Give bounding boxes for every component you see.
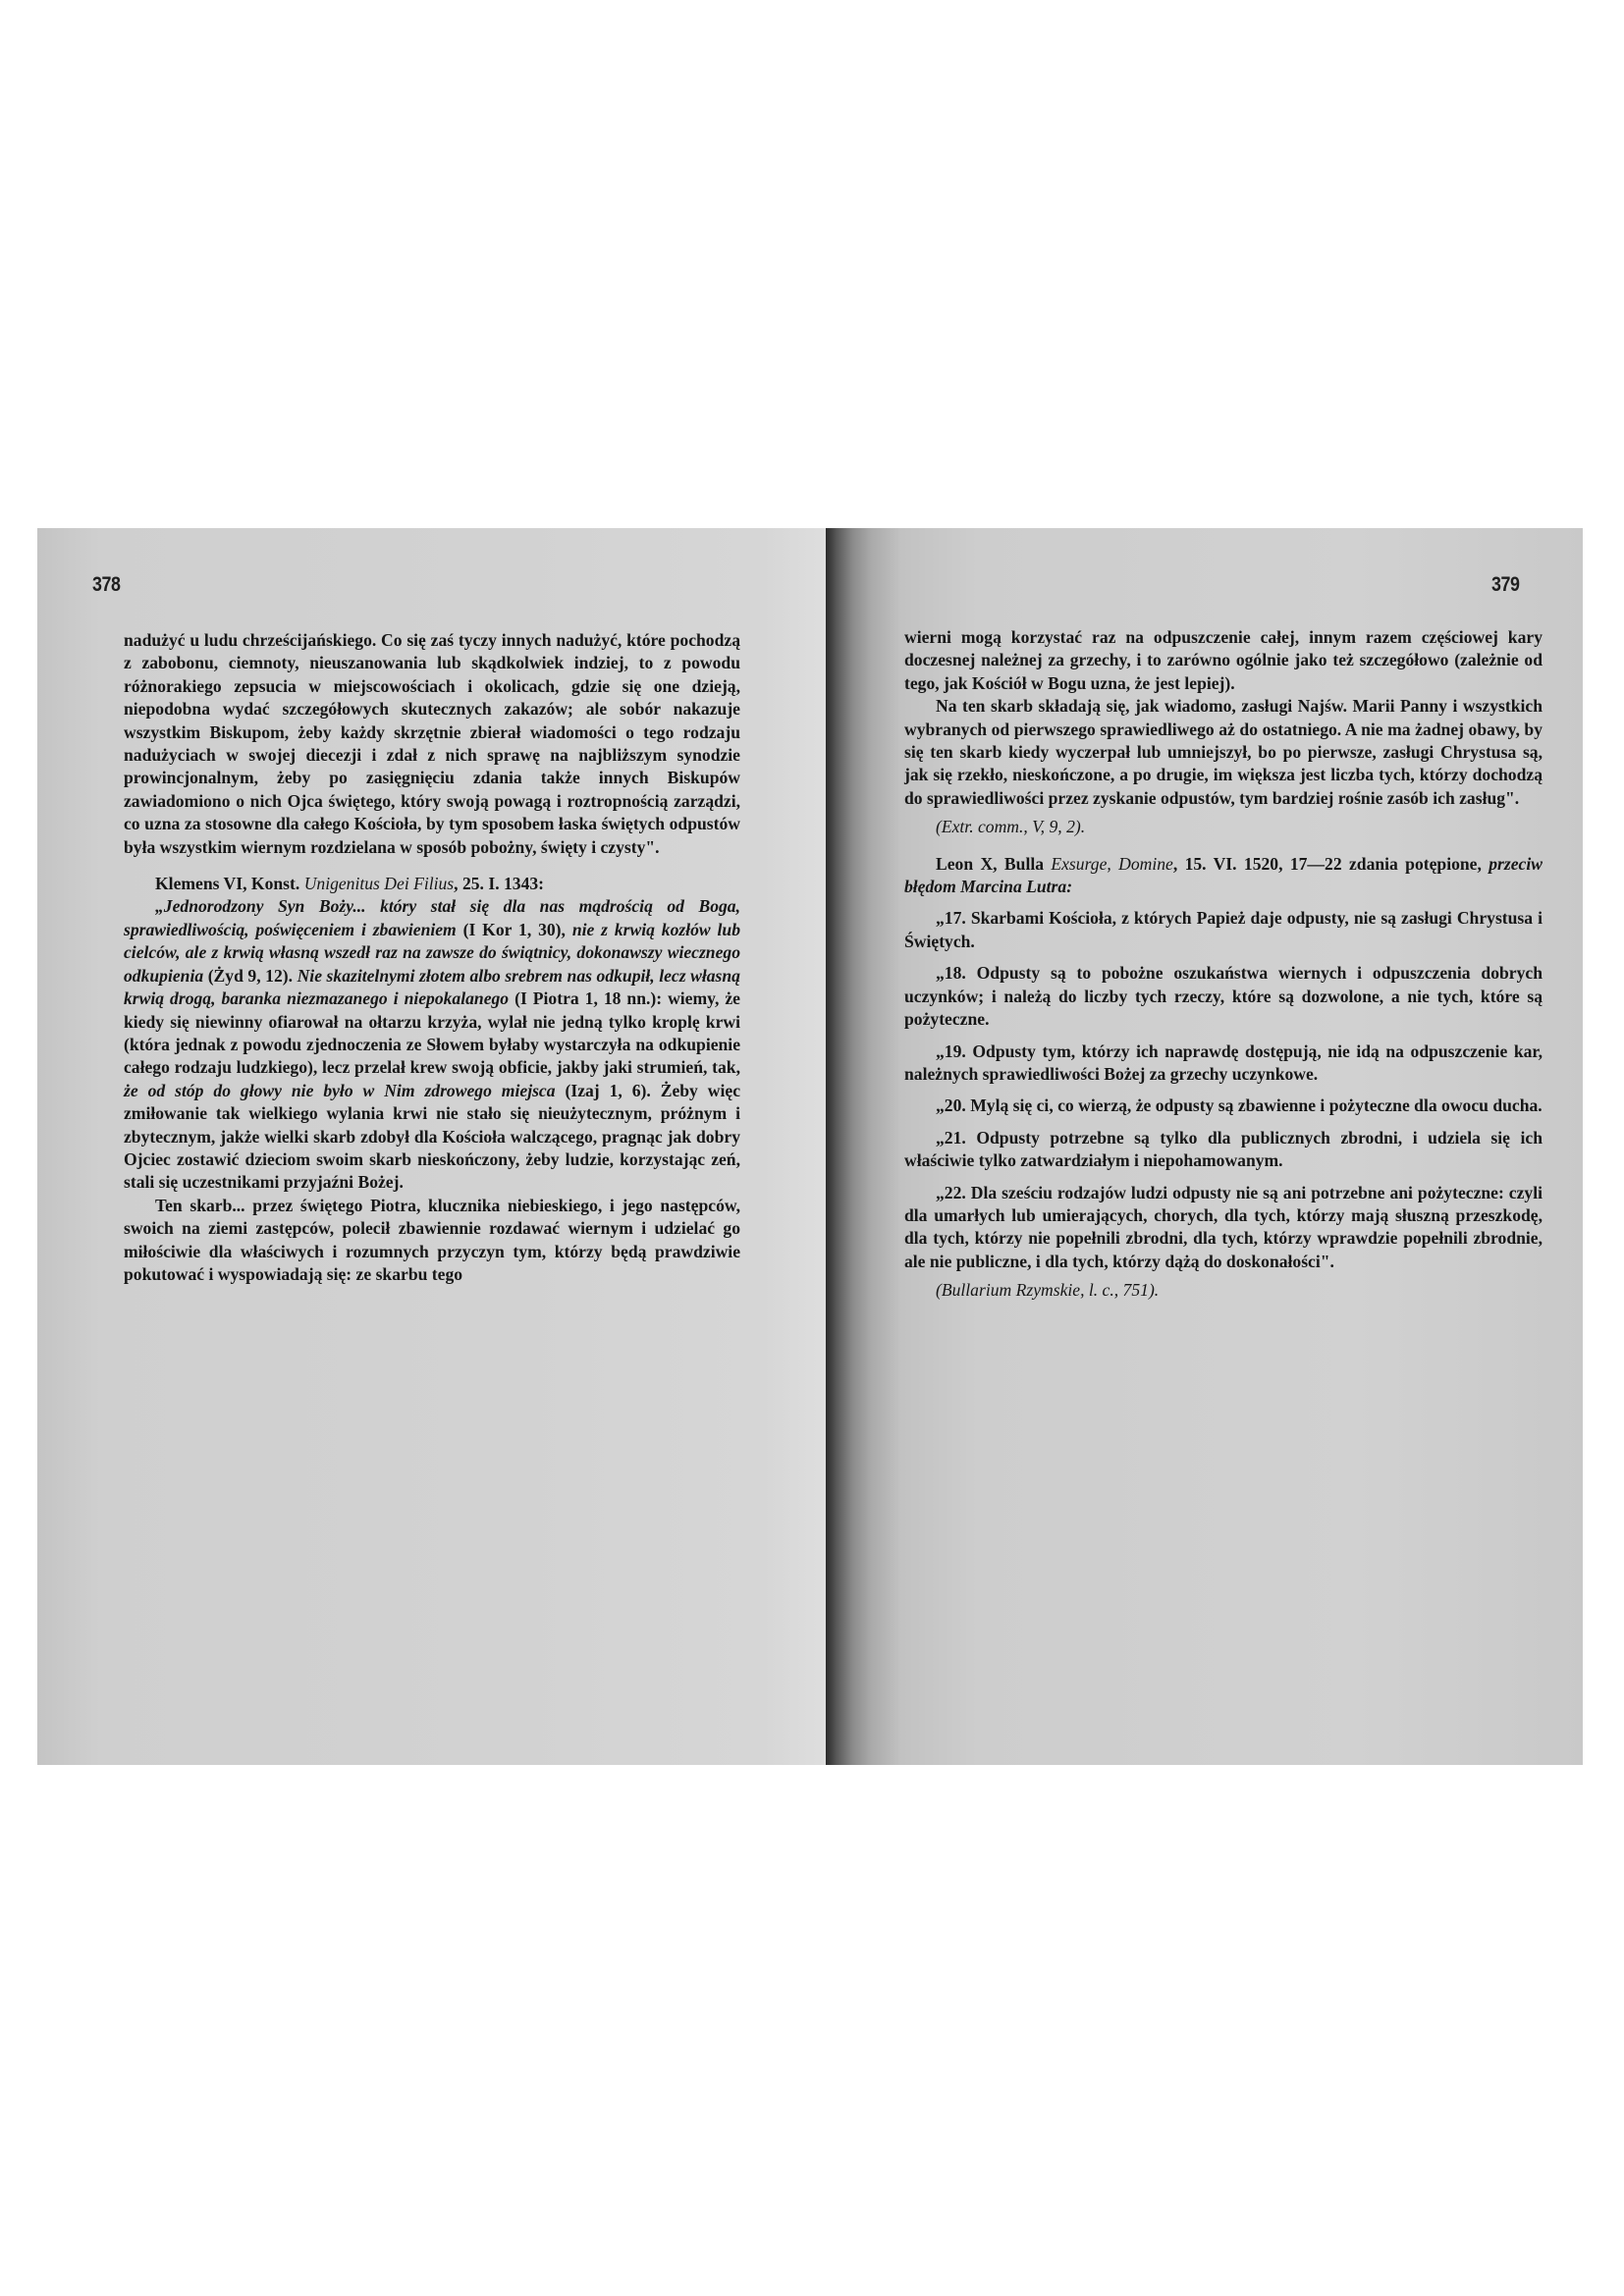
citation-heading-leon: Leon X, Bulla Exsurge, Domine, 15. VI. 1… [904,853,1543,899]
right-page: 379 wierni mogą korzystać raz na odpuszc… [826,528,1583,1765]
heading-segment: Klemens VI, Konst. [155,874,304,893]
page-number-right: 379 [1491,573,1520,597]
quote-paragraph-klemens-1: „Jednorodzony Syn Boży... który stał się… [124,895,740,1194]
condemned-proposition-22: „22. Dla sześciu rodzajów ludzi odpusty … [904,1182,1543,1274]
heading-segment: , 25. I. 1343: [454,874,544,893]
paragraph-continuation: nadużyć u ludu chrześcijańskiego. Co się… [124,629,740,859]
condemned-proposition-17: „17. Skarbami Kościoła, z których Papież… [904,907,1543,953]
heading-segment-italic: Exsurge, Domine [1051,854,1172,874]
quote-ref: (I Kor 1, 30), [457,920,572,939]
paragraph-skarb: Na ten skarb składają się, jak wiadomo, … [904,695,1543,810]
heading-segment: Leon X, Bulla [936,854,1051,874]
quote-italic: że od stóp do głowy nie było w Nim zdrow… [124,1081,556,1100]
paragraph-continuation: wierni mogą korzystać raz na odpuszczeni… [904,626,1543,695]
right-page-text: wierni mogą korzystać raz na odpuszczeni… [904,626,1543,1303]
left-page-text: nadużyć u ludu chrześcijańskiego. Co się… [124,629,740,1286]
quote-ref: (Żyd 9, 12). [203,966,297,986]
quote-paragraph-klemens-2: Ten skarb... przez świętego Piotra, kluc… [124,1195,740,1287]
condemned-proposition-21: „21. Odpusty potrzebne są tylko dla publ… [904,1127,1543,1173]
condemned-proposition-19: „19. Odpusty tym, którzy ich naprawdę do… [904,1041,1543,1087]
citation-bullarium: (Bullarium Rzymskie, l. c., 751). [904,1279,1543,1302]
condemned-proposition-20: „20. Mylą się ci, co wierzą, że odpusty … [904,1095,1543,1117]
left-page: 378 nadużyć u ludu chrześcijańskiego. Co… [37,528,826,1765]
page-number-left: 378 [92,573,121,597]
citation-heading-klemens: Klemens VI, Konst. Unigenitus Dei Filius… [124,873,740,895]
heading-segment: , 15. VI. 1520, 17—22 zdania potępione, [1173,854,1489,874]
book-scan: 378 nadużyć u ludu chrześcijańskiego. Co… [37,528,1583,1765]
condemned-proposition-18: „18. Odpusty są to pobożne oszukaństwa w… [904,962,1543,1031]
heading-segment-italic: Unigenitus Dei Filius [304,874,454,893]
citation-extr-comm: (Extr. comm., V, 9, 2). [904,816,1543,838]
